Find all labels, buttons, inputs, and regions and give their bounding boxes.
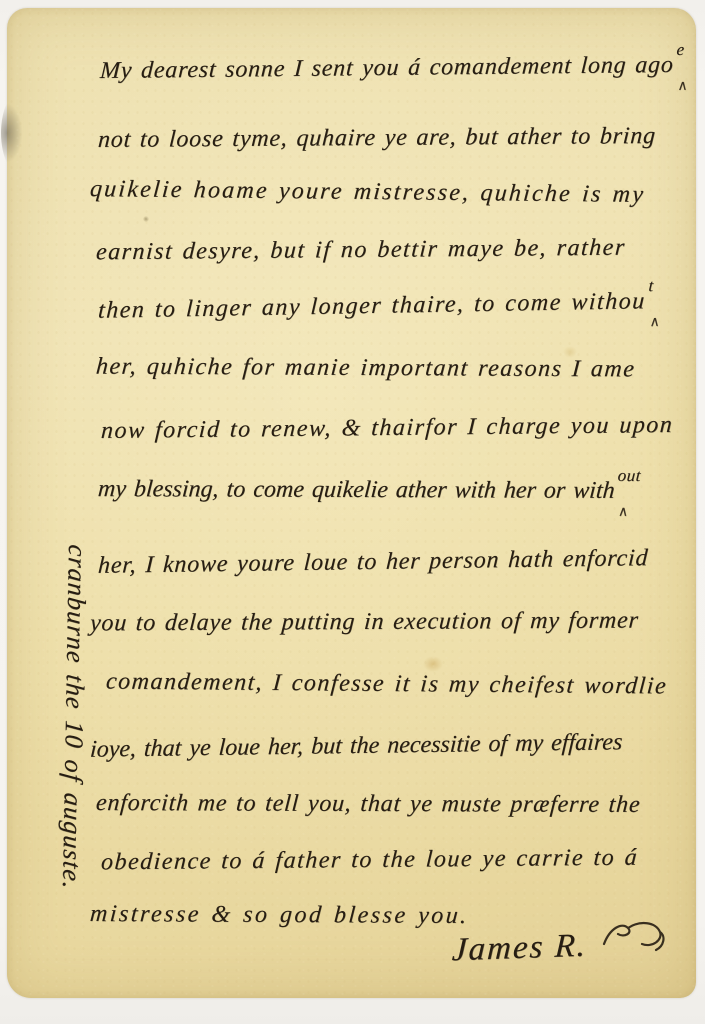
- letter-line: quikelie hoame youre mistresse, quhiche …: [89, 175, 646, 210]
- letter-line: then to linger any longer thaire, to com…: [97, 287, 646, 325]
- letter-line: mistresse & so god blesse you.: [89, 900, 470, 931]
- letter-line: obedience to á father to the loue ye car…: [100, 844, 639, 878]
- letter-line: not to loose tyme, quhaire ye are, but a…: [97, 122, 657, 155]
- letter-line: her, quhiche for manie important reasons…: [95, 353, 637, 385]
- margin-date-note: cranburne the 10 of auguste.: [56, 543, 92, 891]
- letter-line: my blessing, to come quikelie ather with…: [97, 475, 616, 506]
- letter-line: her, I knowe youre loue to her person ha…: [97, 544, 649, 581]
- royal-signature: James R.: [451, 928, 588, 970]
- letter-line: you to delaye the putting in execution o…: [89, 607, 640, 639]
- signature-flourish-icon: [600, 918, 670, 958]
- letter-line: earnist desyre, but if no bettir maye be…: [95, 234, 626, 267]
- letter-line: enforcith me to tell you, that ye muste …: [95, 789, 642, 820]
- letter-line: My dearest sonne I sent you á comandemen…: [99, 51, 674, 86]
- letter-line: ioye, that ye loue her, but the necessit…: [89, 728, 623, 764]
- letter-line: now forcid to renew, & thairfor I charge…: [100, 411, 674, 446]
- letter-text: My dearest sonne I sent you á comandemen…: [0, 0, 705, 1024]
- letter-line: comandement, I confesse it is my cheifes…: [105, 668, 668, 702]
